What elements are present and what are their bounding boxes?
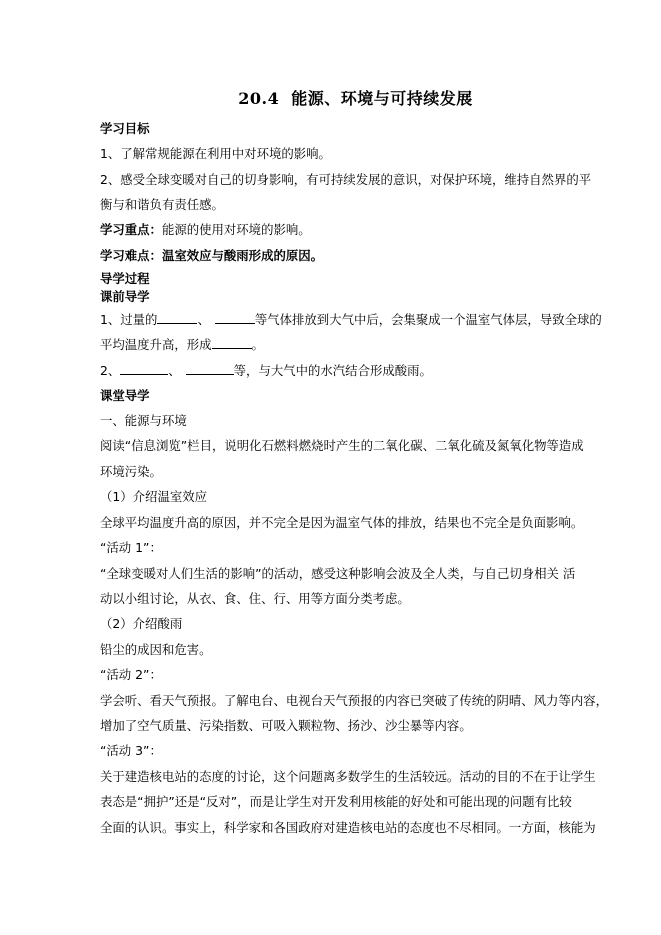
title-text: 能源、环境与可持续发展 — [291, 89, 473, 108]
activity-3-line-3: 全面的认识。事实上，科学家和各国政府对建造核电站的态度也不尽相同。一方面，核能为 — [100, 820, 565, 836]
key-point-text: 能源的使用对环境的影响。 — [162, 222, 311, 237]
pre-q1-line2-text: 平均温度升高，形成 — [100, 337, 212, 352]
pre-q2-separator: 、 — [168, 363, 180, 378]
subsection-1-text: 全球平均温度升高的原因，并不完全是因为温室气体的排放，结果也不完全是负面影响。 — [100, 515, 565, 531]
activity-2-line-1: 学会听、看天气预报。了解电台、电视台天气预报的内容已突破了传统的阴晴、风力等内容… — [100, 693, 565, 709]
activity-2-label: “活动 2”： — [100, 667, 565, 683]
key-point: 学习重点：能源的使用对环境的影响。 — [100, 222, 565, 238]
pre-q1-text-a: 1、过量的 — [100, 312, 157, 327]
key-point-label: 学习重点： — [100, 222, 162, 237]
pre-question-1: 1、过量的、等气体排放到大气中后，会集聚成一个温室气体层，导致全球的 — [100, 311, 565, 328]
subsection-2-text: 铅尘的成因和危害。 — [100, 642, 565, 658]
paragraph-1-line-2: 环境污染。 — [100, 464, 565, 480]
difficulty-label: 学习难点： — [100, 248, 162, 263]
paragraph-1-line-1: 阅读“信息浏览”栏目，说明化石燃料燃烧时产生的二氧化碳、二氧化硫及氮氧化物等造成 — [100, 438, 565, 454]
objective-2-line-1: 2、感受全球变暖对自己的切身影响，有可持续发展的意识，对保护环境，维持自然界的平 — [100, 172, 565, 188]
subsection-2-heading: （2）介绍酸雨 — [100, 616, 565, 632]
blank-field-3[interactable] — [212, 336, 252, 349]
activity-3-line-1: 关于建造核电站的态度的讨论，这个问题离多数学生的生活较远。活动的目的不在于让学生 — [100, 769, 565, 785]
activity-1-label: “活动 1”： — [100, 540, 565, 556]
difficulty-text: 温室效应与酸雨形成的原因。 — [162, 248, 323, 263]
pre-question-1-line-2: 平均温度升高，形成。 — [100, 336, 565, 353]
pre-class-heading: 课前导学 — [100, 289, 565, 305]
activity-1-line-1: “全球变暖对人们生活的影响”的活动，感受这种影响会波及全人类，与自己切身相关 活 — [100, 566, 565, 582]
pre-q1-text-b: 等气体排放到大气中后，会集聚成一个温室气体层，导致全球的 — [255, 312, 602, 327]
activity-2-line-2: 增加了空气质量、污染指数、可吸入颗粒物、扬沙、沙尘暴等内容。 — [100, 718, 565, 734]
blank-field-4[interactable] — [120, 362, 168, 375]
objective-2-line-2: 衡与和谐负有责任感。 — [100, 197, 565, 213]
subsection-1-heading: （1）介绍温室效应 — [100, 489, 565, 505]
blank-field-5[interactable] — [186, 362, 234, 375]
objectives-heading: 学习目标 — [100, 121, 565, 137]
part-1-heading: 一、能源与环境 — [100, 413, 565, 429]
pre-q1-line2-end: 。 — [252, 337, 264, 352]
document-page: 20.4能源、环境与可持续发展 学习目标 1、了解常规能源在利用中对环境的影响。… — [0, 0, 661, 935]
title-number: 20.4 — [238, 89, 279, 108]
pre-question-2: 2、、等，与大气中的水汽结合形成酸雨。 — [100, 362, 565, 379]
activity-3-line-2: 表态是“拥护”还是“反对”，而是让学生对开发利用核能的好处和可能出现的问题有比较 — [100, 794, 565, 810]
blank-field-1[interactable] — [157, 311, 197, 324]
activity-1-line-2: 动以小组讨论，从衣、食、住、行、用等方面分类考虑。 — [100, 591, 565, 607]
pre-q2-text-a: 2、 — [100, 363, 120, 378]
activity-3-label: “活动 3”： — [100, 743, 565, 759]
blank-field-2[interactable] — [215, 311, 255, 324]
pre-q2-text-b: 等，与大气中的水汽结合形成酸雨。 — [234, 363, 432, 378]
in-class-heading: 课堂导学 — [100, 388, 565, 404]
pre-q1-separator: 、 — [197, 312, 209, 327]
objective-1: 1、了解常规能源在利用中对环境的影响。 — [100, 146, 565, 162]
process-heading: 导学过程 — [100, 271, 565, 287]
difficulty: 学习难点：温室效应与酸雨形成的原因。 — [100, 248, 565, 264]
page-title: 20.4能源、环境与可持续发展 — [0, 88, 661, 110]
